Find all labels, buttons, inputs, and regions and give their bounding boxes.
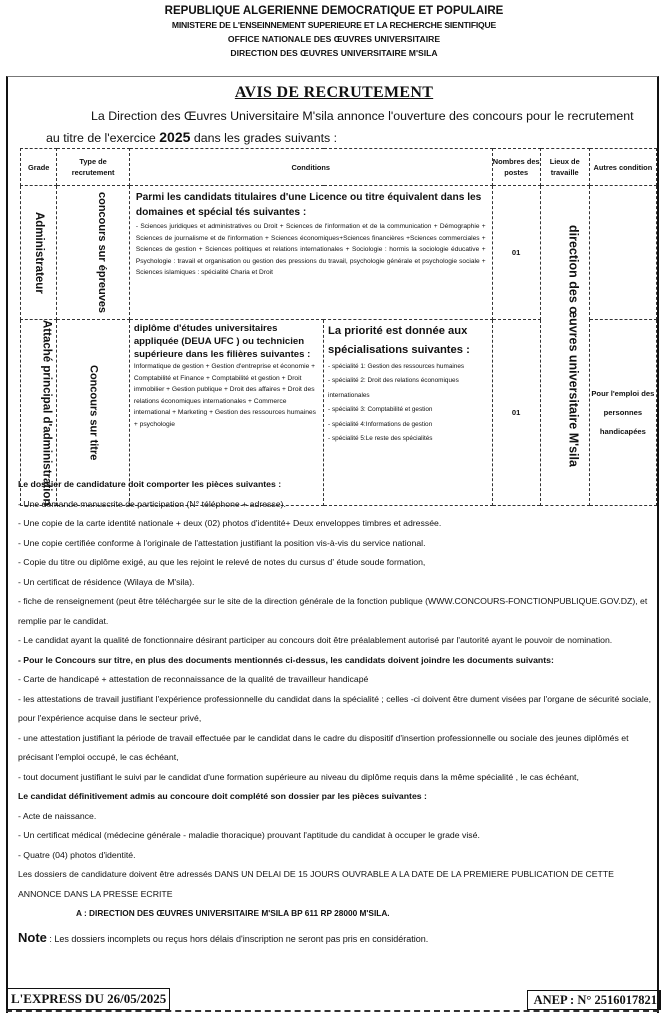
conditions-lead: Parmi les candidats titulaires d'une Lic… [136, 190, 486, 220]
admis-item: - Un certificat médical (médecine généra… [18, 826, 658, 846]
republic-line: REPUBLIQUE ALGERIENNE DEMOCRATIQUE ET PO… [0, 4, 668, 18]
conditions-body: - Sciences juridiques et administratives… [136, 221, 486, 279]
dossier-item: - Une demande manuscrite de participatio… [18, 495, 658, 515]
dossier-item: - Une copie certifiée conforme à l'origi… [18, 534, 658, 554]
priority-item: - spécialité 1: Gestion des ressources h… [328, 360, 488, 374]
direction-line: DIRECTION DES ŒUVRES UNIVERSITAIRE M'SIL… [0, 46, 668, 60]
priority-item: - spécialité 3: Comptabilité et gestion [328, 403, 488, 417]
ministry-line: MINISTERE DE L'ENSEINNEMENT SUPERIEURE E… [0, 18, 668, 32]
titre-item: - les attestations de travail justifiant… [18, 690, 658, 729]
postes-cell: 01 [492, 186, 540, 320]
titre-heading: - Pour le Concours sur titre, en plus de… [18, 651, 658, 671]
autre-cell [589, 186, 656, 320]
intro-text-end: dans les grades suivants : [190, 131, 337, 145]
dossier-section: Le dossier de candidature doit comporter… [18, 475, 658, 949]
table-header-row: Grade Type de recrutement Conditions Nom… [21, 149, 657, 186]
publication-stamp: L'EXPRESS DU 26/05/2025 [6, 988, 170, 1010]
header-postes: Nombres des postes [492, 149, 540, 186]
intro-line-2: au titre de l'exercice 2025 dans les gra… [46, 127, 656, 149]
admis-item: - Acte de naissance. [18, 807, 658, 827]
type-cell: concours sur épreuves [57, 186, 130, 320]
bottom-divider [6, 1010, 659, 1012]
address-line: A : DIRECTION DES ŒUVRES UNIVERSITAIRE M… [18, 904, 658, 924]
type-epreuves: concours sur épreuves [78, 192, 108, 313]
conditions-body: Informatique de gestion + Gestion d'entr… [134, 361, 319, 431]
priority-item: - spécialité 4:Informations de gestion [328, 418, 488, 432]
header-type: Type de recrutement [57, 149, 130, 186]
titre-item: - Carte de handicapé + attestation de re… [18, 670, 658, 690]
type-titre: Concours sur titre [87, 365, 100, 460]
exercise-year: 2025 [159, 129, 190, 145]
conditions-cell: Parmi les candidats titulaires d'une Lic… [129, 186, 492, 320]
header-conditions: Conditions [129, 149, 492, 186]
titre-item: - tout document justifiant le suivi par … [18, 768, 658, 788]
dossier-item: - Une copie de la carte identité nationa… [18, 514, 658, 534]
priority-item: - spécialité 2: Droit des relations écon… [328, 374, 488, 403]
note-text: : Les dossiers incomplets ou reçus hors … [47, 934, 428, 944]
table-row: Administrateur concours sur épreuves Par… [21, 186, 657, 320]
admis-item: - Quatre (04) photos d'identité. [18, 846, 658, 866]
grade-administrateur: Administrateur [32, 212, 45, 294]
office-line: OFFICE NATIONALE DES ŒUVRES UNIVERSITAIR… [0, 32, 668, 46]
priority-lead: La priorité est donnée aux spécialisatio… [328, 322, 488, 360]
notice-title: AVIS DE RECRUTEMENT [0, 84, 668, 102]
conditions-lead: diplôme d'études universitaires appliqué… [134, 322, 319, 361]
recruitment-table: Grade Type de recrutement Conditions Nom… [20, 148, 657, 506]
grade-cell: Administrateur [21, 186, 57, 320]
letterhead: REPUBLIQUE ALGERIENNE DEMOCRATIQUE ET PO… [0, 4, 668, 60]
intro-paragraph: La Direction des Œuvres Universitaire M'… [46, 106, 656, 149]
dossier-item: - Un certificat de résidence (Wilaya de … [18, 573, 658, 593]
anep-number: ANEP : N° 2516017821 [527, 990, 661, 1010]
intro-line-1: La Direction des Œuvres Universitaire M'… [46, 106, 656, 127]
dossier-heading: Le dossier de candidature doit comporter… [18, 475, 658, 495]
intro-text: au titre de l'exercice [46, 131, 159, 145]
header-autres: Autres condition [589, 149, 656, 186]
titre-item: - une attestation justifiant la période … [18, 729, 658, 768]
priority-item: - spécialité 5:Le reste des spécialités [328, 432, 488, 446]
header-lieux: Lieux de travaille [540, 149, 589, 186]
dossier-item: - Copie du titre ou diplôme exigé, au qu… [18, 553, 658, 573]
header-grade: Grade [21, 149, 57, 186]
lieu-travail: direction des œuvres universitaire M'sil… [549, 225, 581, 467]
dossier-item: - Le candidat ayant la qualité de foncti… [18, 631, 658, 651]
lieu-cell: direction des œuvres universitaire M'sil… [540, 186, 589, 506]
note-label: Note [18, 930, 47, 945]
admis-heading: Le candidat définitivement admis au conc… [18, 787, 658, 807]
dossier-item: - fiche de renseignement (peut être télé… [18, 592, 658, 631]
delai-text: Les dossiers de candidature doivent être… [18, 865, 658, 904]
note-line: Note : Les dossiers incomplets ou reçus … [18, 928, 658, 950]
